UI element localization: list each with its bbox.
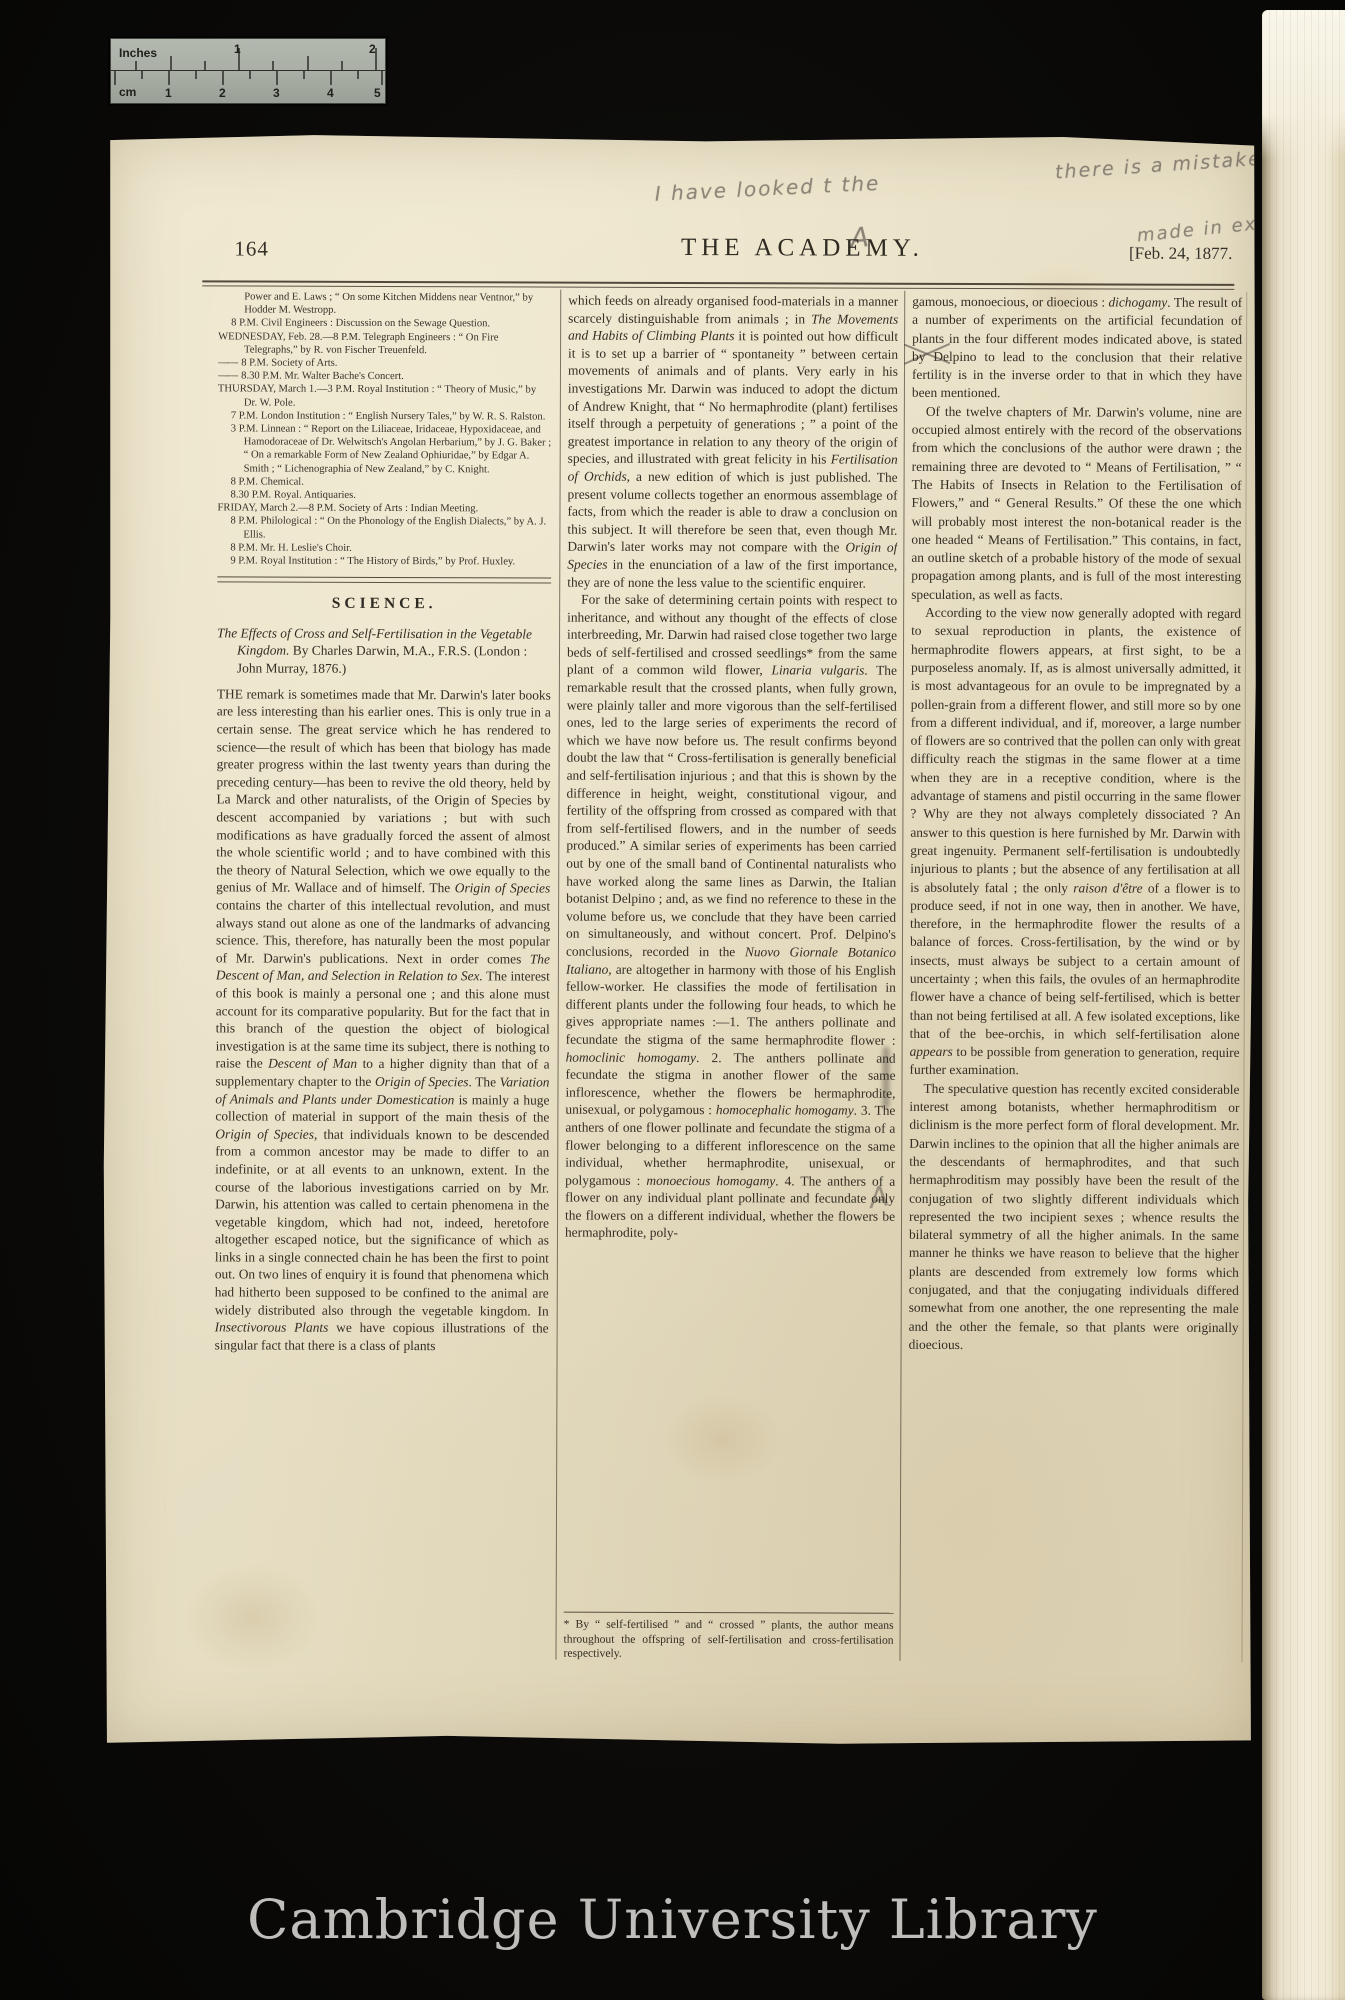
text-column-2: which feeds on already organised food-ma… [563,292,898,1665]
column-rule [555,290,561,1660]
cm-tick-2: 2 [219,86,226,100]
event-listing: THURSDAY, March 1.—3 P.M. Royal Institut… [218,383,552,411]
event-listing: Power and E. Laws ; “ On some Kitchen Mi… [218,290,552,318]
cm-tick-5: 5 [374,86,381,100]
photograph-background: Inches 1 2 [0,0,1345,2000]
body-paragraph: For the sake of determining certain poin… [565,591,897,1243]
column-rule [899,291,905,1661]
pencil-annotation-top-1: I have looked t the [654,171,881,206]
event-listing: WEDNESDAY, Feb. 28.—8 P.M. Telegraph Eng… [218,330,552,358]
header-rule [202,280,1234,290]
ditto-dash: —— [218,357,237,368]
event-listing: 8 P.M. Chemical. [218,475,552,489]
footnote: * By “ self-fertilised ” and “ crossed ”… [563,1618,893,1665]
journal-masthead: THE ACADEMY. [681,234,924,263]
book-citation: The Effects of Cross and Self-Fertilisat… [217,625,551,678]
body-paragraph: According to the view now generally adop… [910,604,1242,1081]
body-paragraph: Of the twelve chapters of Mr. Darwin's v… [911,403,1242,605]
event-listing: 9 P.M. Royal Institution : “ The History… [217,554,551,568]
page-number: 164 [234,236,269,261]
event-listing: 7 P.M. London Institution : “ English Nu… [218,409,552,423]
cm-tick-4: 4 [327,86,334,100]
event-listing: 8 P.M. Civil Engineers : Discussion on t… [218,317,552,331]
event-listing: 8 P.M. Philological : “ On the Phonology… [217,515,551,543]
newspaper-page: I have looked t the there is a mistake D… [101,132,1259,1750]
body-paragraph: The speculative question has recently ex… [909,1080,1240,1356]
stacked-page-lines [1262,10,1345,2000]
body-paragraph: THE remark is sometimes made that Mr. Da… [215,685,551,1355]
book-fore-edge [1262,10,1345,2000]
inch-tick-marks [111,40,385,70]
cm-tick-1: 1 [165,86,172,100]
text-column-3: gamous, monoecious, or dioecious : dicho… [907,293,1242,1666]
cm-tick-marks [111,71,385,87]
library-watermark: Cambridge University Library [0,1888,1345,1951]
issue-date: [Feb. 24, 1877. [1129,244,1232,264]
event-listing: 3 P.M. Linnean : “ Report on the Liliace… [218,422,552,476]
ditto-dash: —— [218,371,237,382]
cm-scale: cm 1 2 3 4 5 [111,71,385,102]
section-divider-rule [217,577,551,584]
event-listing: 8.30 P.M. Royal. Antiquaries. [218,488,552,502]
body-paragraph: gamous, monoecious, or dioecious : dicho… [912,293,1242,404]
section-heading: SCIENCE. [217,595,551,614]
event-listing: 8 P.M. Mr. H. Leslie's Choir. [217,541,551,555]
event-listing: FRIDAY, March 2.—8 P.M. Society of Arts … [217,502,551,516]
event-listing: ——8 P.M. Society of Arts. [218,356,552,370]
cm-label: cm [119,85,136,99]
inches-scale: Inches 1 2 [111,39,385,71]
event-listing: ——8.30 P.M. Mr. Walter Bache's Concert. [218,370,552,384]
column-rule [1241,292,1247,1662]
measurement-ruler: Inches 1 2 [110,38,386,104]
cm-tick-3: 3 [273,86,280,100]
text-column-1: Power and E. Laws ; “ On some Kitchen Mi… [213,290,552,1663]
body-paragraph: which feeds on already organised food-ma… [567,292,898,592]
pencil-bottom-mark: X [735,1765,755,1795]
